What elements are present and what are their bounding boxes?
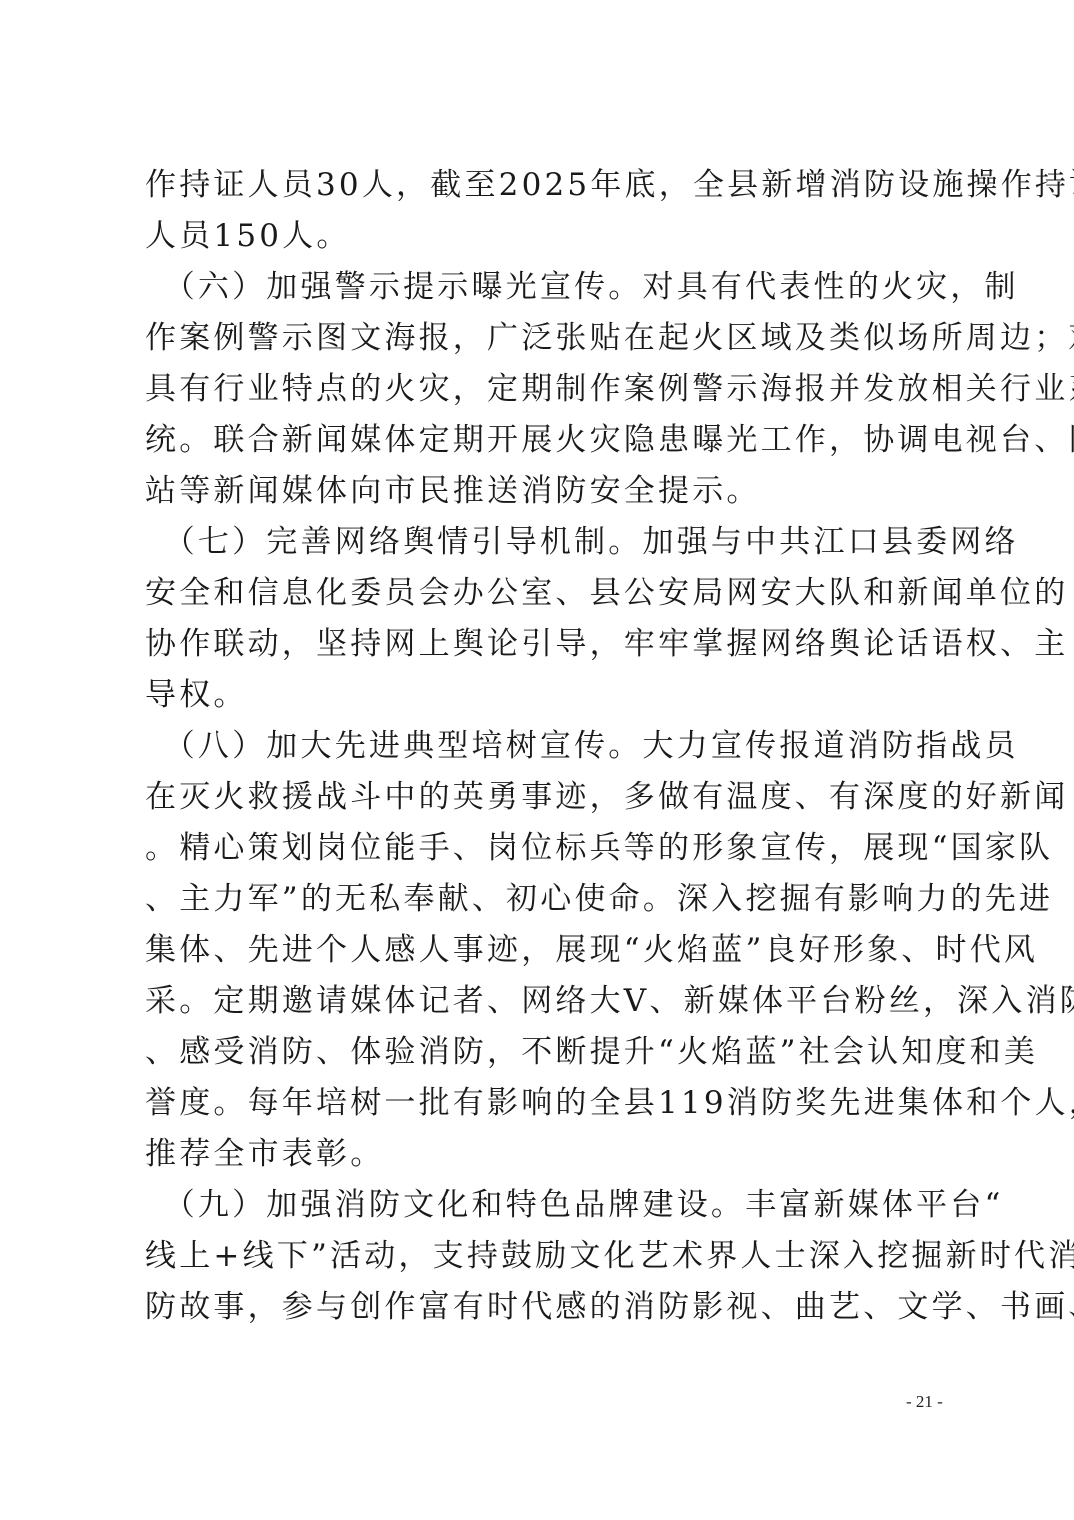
text-line: 具有行业特点的火灾，定期制作案例警示海报并发放相关行业系 [145,369,945,409]
text-line: 、感受消防、体验消防，不断提升“火焰蓝”社会认知度和美 [145,1032,945,1072]
section-heading-line: （九）加强消防文化和特色品牌建设。丰富新媒体平台“ [145,1185,945,1225]
text-line: 安全和信息化委员会办公室、县公安局网安大队和新闻单位的 [145,573,945,613]
document-page: 作持证人员30人，截至2025年底，全县新增消防设施操作持证 人员150人。 （… [0,0,1074,1520]
text-line: 站等新闻媒体向市民推送消防安全提示。 [145,471,945,511]
text-line: 导权。 [145,675,945,715]
text-line: 作案例警示图文海报，广泛张贴在起火区域及类似场所周边；对 [145,318,945,358]
page-number: - 21 - [906,1392,943,1412]
text-line: 。精心策划岗位能手、岗位标兵等的形象宣传，展现“国家队 [145,828,945,868]
section-heading-line: （七）完善网络舆情引导机制。加强与中共江口县委网络 [145,522,945,562]
text-line: 线上+线下”活动，支持鼓励文化艺术界人士深入挖掘新时代消 [145,1236,945,1276]
text-line: 防故事，参与创作富有时代感的消防影视、曲艺、文学、书画、 [145,1287,945,1327]
text-line: 、主力军”的无私奉献、初心使命。深入挖掘有影响力的先进 [145,879,945,919]
text-line: 在灭火救援战斗中的英勇事迹，多做有温度、有深度的好新闻 [145,777,945,817]
text-line: 人员150人。 [145,216,945,256]
text-line: 集体、先进个人感人事迹，展现“火焰蓝”良好形象、时代风 [145,930,945,970]
text-line: 推荐全市表彰。 [145,1134,945,1174]
section-heading-line: （六）加强警示提示曝光宣传。对具有代表性的火灾，制 [145,267,945,307]
text-line: 誉度。每年培树一批有影响的全县119消防奖先进集体和个人， [145,1083,945,1123]
text-line: 统。联合新闻媒体定期开展火灾隐患曝光工作，协调电视台、网 [145,420,945,460]
text-line: 作持证人员30人，截至2025年底，全县新增消防设施操作持证 [145,165,945,205]
text-line: 采。定期邀请媒体记者、网络大V、新媒体平台粉丝，深入消防 [145,981,945,1021]
text-line: 协作联动，坚持网上舆论引导，牢牢掌握网络舆论话语权、主 [145,624,945,664]
section-heading-line: （八）加大先进典型培树宣传。大力宣传报道消防指战员 [145,726,945,766]
